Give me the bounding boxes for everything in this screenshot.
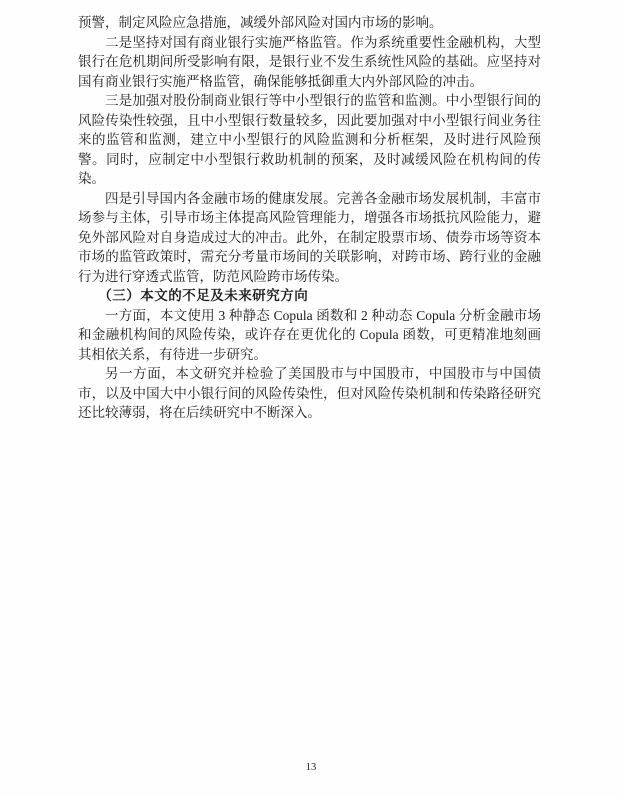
paper-body-text: 预警，制定风险应急措施，减缓外部风险对国内市场的影响。 二是坚持对国有商业银行实… <box>78 13 541 423</box>
paragraph-limitation-one: 一方面，本文使用 3 种静态 Copula 函数和 2 种动态 Copula 分… <box>78 306 541 365</box>
paper-page: 预警，制定风险应急措施，减缓外部风险对国内市场的影响。 二是坚持对国有商业银行实… <box>0 0 622 796</box>
paragraph-point-four: 四是引导国内各金融市场的健康发展。完善各金融市场发展机制，丰富市场参与主体，引导… <box>78 189 541 287</box>
paragraph-point-two: 二是坚持对国有商业银行实施严格监管。作为系统重要性金融机构，大型银行在危机期间所… <box>78 33 541 92</box>
paragraph-point-three: 三是加强对股份制商业银行等中小型银行的监管和监测。中小型银行间的风险传染性较强，… <box>78 91 541 189</box>
page-number: 13 <box>0 761 622 775</box>
section-heading-limitations: （三）本文的不足及未来研究方向 <box>78 286 541 306</box>
paragraph-limitation-two: 另一方面，本文研究并检验了美国股市与中国股市，中国股市与中国债市，以及中国大中小… <box>78 364 541 423</box>
paragraph-continuation: 预警，制定风险应急措施，减缓外部风险对国内市场的影响。 <box>78 13 541 33</box>
